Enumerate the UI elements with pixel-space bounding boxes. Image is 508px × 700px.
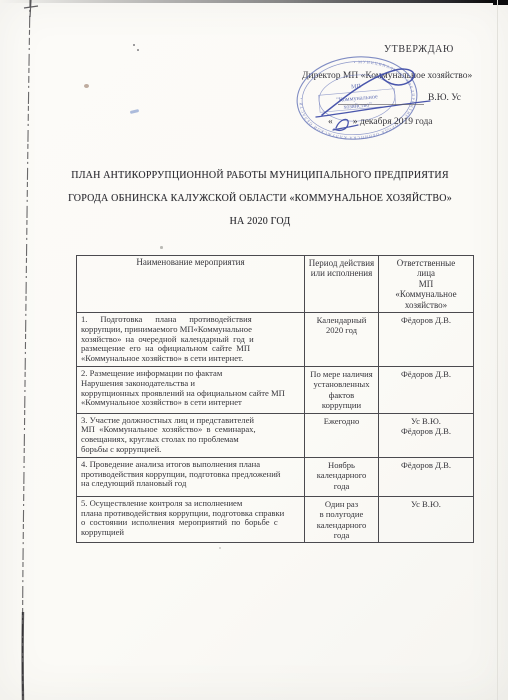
scan-speck-blue xyxy=(130,109,139,114)
date-prefix: « xyxy=(328,117,333,127)
scan-speck xyxy=(160,246,163,249)
table-row: 4. Проведение анализа итогов выполнения … xyxy=(77,457,474,496)
cell-period-3: Ежегодно xyxy=(305,413,379,457)
cell-period-5: Один раз в полугодие календарного года xyxy=(305,496,379,543)
document-title: ПЛАН АНТИКОРРУПЦИОННОЙ РАБОТЫ МУНИЦИПАЛЬ… xyxy=(56,164,464,233)
title-line-1: ПЛАН АНТИКОРРУПЦИОННОЙ РАБОТЫ МУНИЦИПАЛЬ… xyxy=(56,164,464,187)
table-row: 3. Участие должностных лиц и представите… xyxy=(77,413,474,457)
table-row: 2. Размещение информации по фактам Наруш… xyxy=(77,367,474,414)
title-line-2: ГОРОДА ОБНИНСКА КАЛУЖСКОЙ ОБЛАСТИ «КОММУ… xyxy=(56,187,464,210)
header-period: Период действия или исполнения xyxy=(305,256,379,313)
scan-right-edge-line xyxy=(497,0,498,700)
cell-activity-1: 1. Подготовка плана противодействия корр… xyxy=(77,313,305,367)
scan-top-right-mark xyxy=(493,0,508,5)
cell-period-2: По мере наличия установленных фактов кор… xyxy=(305,367,379,414)
header-activity: Наименование мероприятия xyxy=(77,256,305,313)
scan-top-edge-line xyxy=(0,0,508,3)
title-line-3: НА 2020 ГОД xyxy=(56,210,464,233)
scan-fold-line xyxy=(16,0,40,700)
scan-speck xyxy=(137,49,139,51)
table-row: 1. Подготовка плана противодействия корр… xyxy=(77,313,474,367)
cell-responsible-4: Фёдоров Д.В. xyxy=(379,457,474,496)
table-header-row: Наименование мероприятия Период действия… xyxy=(77,256,474,313)
approval-date-line: «» декабря 2019 года xyxy=(328,117,433,127)
cell-responsible-2: Фёдоров Д.В. xyxy=(379,367,474,414)
table-row: 5. Осуществление контроля за исполнением… xyxy=(77,496,474,543)
cell-activity-3: 3. Участие должностных лиц и представите… xyxy=(77,413,305,457)
cell-responsible-1: Фёдоров Д.В. xyxy=(379,313,474,367)
scan-speck xyxy=(84,84,89,88)
cell-activity-4: 4. Проведение анализа итогов выполнения … xyxy=(77,457,305,496)
scan-speck xyxy=(219,547,221,549)
cell-responsible-3: Ус В.Ю. Фёдоров Д.В. xyxy=(379,413,474,457)
cell-activity-2: 2. Размещение информации по фактам Наруш… xyxy=(77,367,305,414)
plan-table: Наименование мероприятия Период действия… xyxy=(76,255,474,543)
date-suffix: » декабря 2019 года xyxy=(353,117,433,127)
cell-period-1: Календарный 2020 год xyxy=(305,313,379,367)
signature-line xyxy=(338,104,424,105)
cell-period-4: Ноябрь календарного года xyxy=(305,457,379,496)
approval-signer-name: В.Ю. Ус xyxy=(428,93,461,103)
header-responsible: Ответственные лица МП «Коммунальное хозя… xyxy=(379,256,474,313)
cell-activity-5: 5. Осуществление контроля за исполнением… xyxy=(77,496,305,543)
cell-responsible-5: Ус В.Ю. xyxy=(379,496,474,543)
scan-speck xyxy=(133,44,135,46)
scanned-document-page: УТВЕРЖДАЮ Директор МП «Коммунальное хозя… xyxy=(0,0,508,700)
